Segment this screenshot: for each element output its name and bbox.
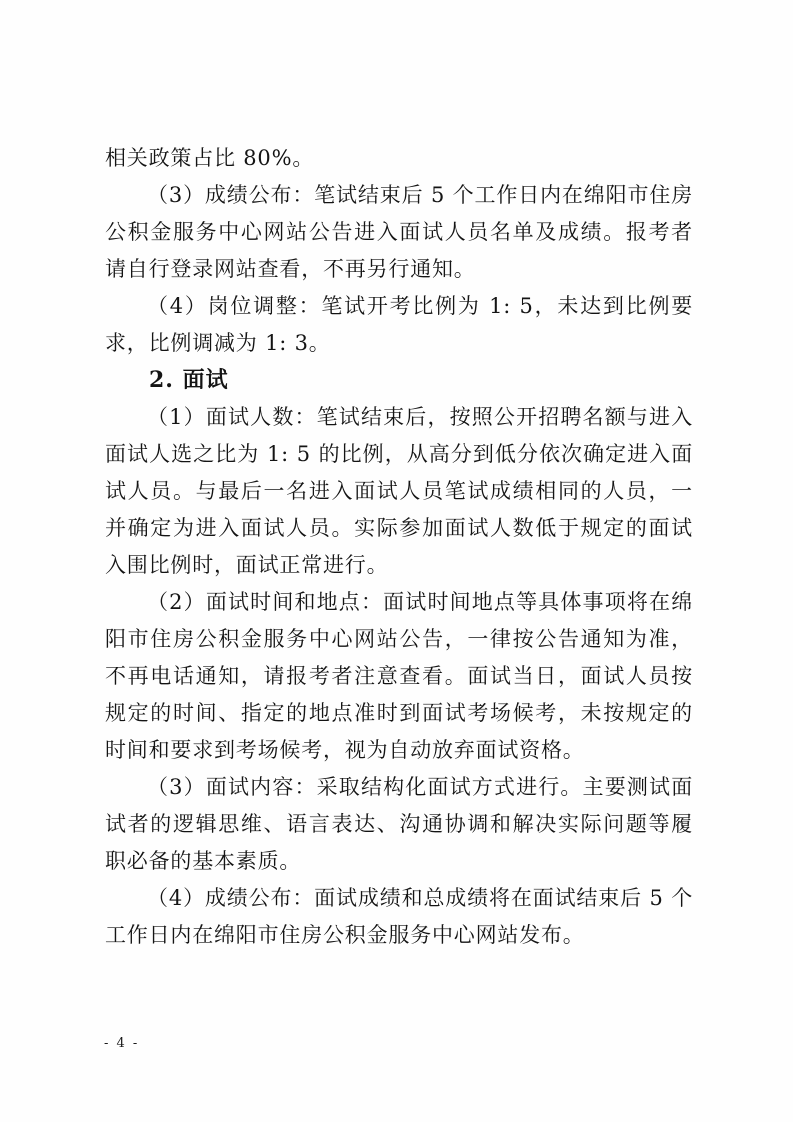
paragraph-interview-content: （3）面试内容：采取结构化面试方式进行。主要测试面试者的逻辑思维、语言表达、沟通… xyxy=(105,769,693,880)
paragraph-policy-ratio: 相关政策占比 80%。 xyxy=(105,140,693,177)
paragraph-written-score-release: （3）成绩公布：笔试结束后 5 个工作日内在绵阳市住房公积金服务中心网站公告进入… xyxy=(105,177,693,288)
paragraph-interview-time-place: （2）面试时间和地点：面试时间地点等具体事项将在绵阳市住房公积金服务中心网站公告… xyxy=(105,584,693,769)
document-body: 相关政策占比 80%。 （3）成绩公布：笔试结束后 5 个工作日内在绵阳市住房公… xyxy=(105,140,693,954)
section-heading-interview: 2. 面试 xyxy=(105,362,693,399)
page-number: - 4 - xyxy=(104,1036,139,1051)
paragraph-interview-score-release: （4）成绩公布：面试成绩和总成绩将在面试结束后 5 个工作日内在绵阳市住房公积金… xyxy=(105,880,693,954)
document-page: 相关政策占比 80%。 （3）成绩公布：笔试结束后 5 个工作日内在绵阳市住房公… xyxy=(0,0,793,1122)
paragraph-interview-count: （1）面试人数：笔试结束后，按照公开招聘名额与进入面试人选之比为 1: 5 的比… xyxy=(105,399,693,584)
paragraph-position-adjustment: （4）岗位调整：笔试开考比例为 1: 5，未达到比例要求，比例调减为 1: 3。 xyxy=(105,288,693,362)
